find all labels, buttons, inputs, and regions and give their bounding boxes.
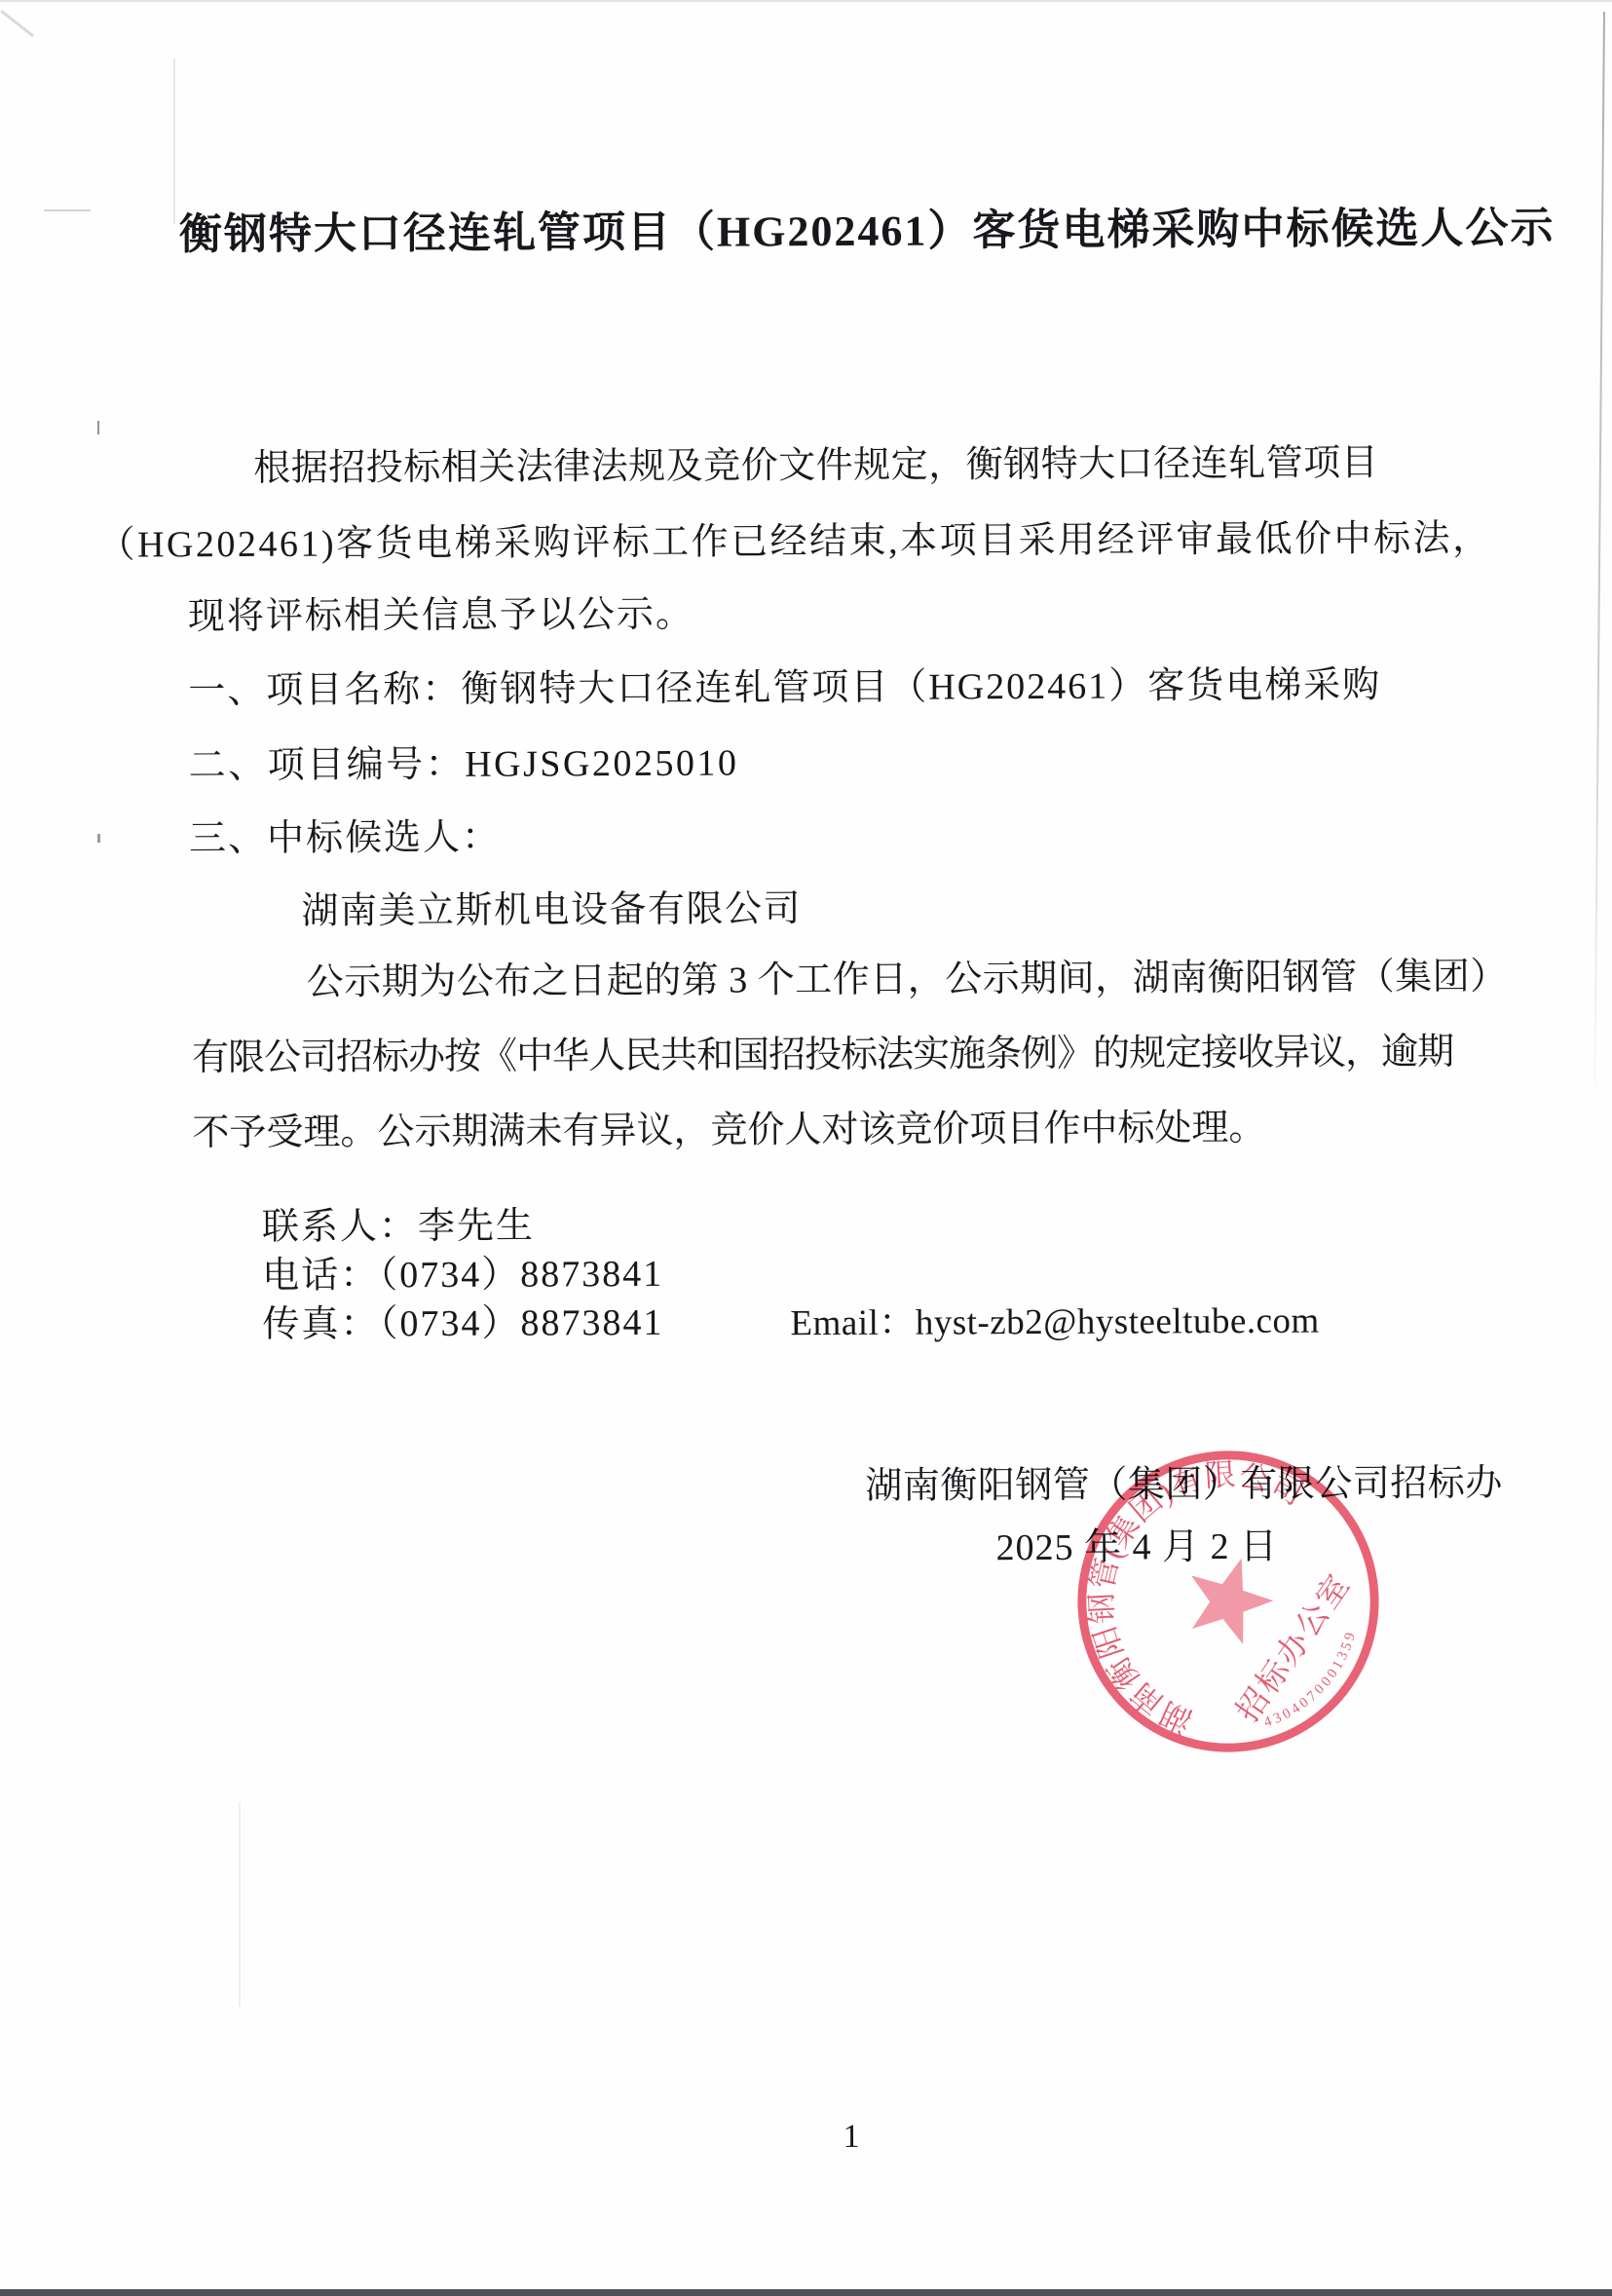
body-line-candidate-label: 三、中标候选人：: [189, 819, 501, 858]
scan-edge-top: [0, 0, 1612, 2]
body-line: 不予受理。公示期满未有异议，竞价人对该竞价项目作中标处理。: [192, 1110, 1265, 1151]
scan-speck: [97, 421, 99, 434]
body-line-project-name: 一、项目名称：衡钢特大口径连轧管项目（HG202461）客货电梯采购: [188, 666, 1381, 709]
body-line: （HG202461)客货电梯采购评标工作已经结束,本项目采用经评审最低价中标法，: [97, 520, 1491, 564]
seal-star-icon: [1167, 1540, 1283, 1657]
scan-speck: [44, 209, 91, 211]
scan-edge-bottom: [0, 2289, 1612, 2296]
body-line: 根据招投标相关法律法规及竞价文件规定，衡钢特大口径连轧管项目: [253, 444, 1378, 487]
contact-fax-line: 传真：（0734）8873841: [262, 1304, 663, 1343]
contact-person-line: 联系人：李先生: [262, 1208, 535, 1246]
contact-email: Email：hyst-zb2@hysteeltube.com: [790, 1303, 1320, 1342]
contact-phone-line: 电话：（0734）8873841: [262, 1256, 663, 1295]
body-line: 公示期为公布之日起的第 3 个工作日，公示期间，湖南衡阳钢管（集团）: [307, 959, 1508, 1001]
body-line-candidate-name: 湖南美立斯机电设备有限公司: [301, 890, 802, 930]
body-line: 有限公司招标办按《中华人民共和国招投标法实施条例》的规定接收异议，逾期: [192, 1034, 1453, 1076]
document-title: 衡钢特大口径连轧管项目（HG202461）客货电梯采购中标候选人公示: [179, 192, 1556, 261]
scan-streak: [173, 58, 175, 224]
document-content: 衡钢特大口径连轧管项目（HG202461）客货电梯采购中标候选人公示 根据招投标…: [0, 0, 1612, 2296]
body-line-project-number: 二、项目编号：HGJSG2025010: [189, 745, 739, 785]
scan-streak: [239, 1802, 241, 2007]
page-number: 1: [843, 2119, 859, 2156]
official-seal: 湖南衡阳钢管(集团)有限公司 招标办公室 4304070001359: [1074, 1448, 1382, 1755]
body-line: 现将评标相关信息予以公示。: [188, 596, 694, 636]
scan-speck: [97, 834, 100, 843]
scanned-document-page: 衡钢特大口径连轧管项目（HG202461）客货电梯采购中标候选人公示 根据招投标…: [0, 0, 1612, 2296]
